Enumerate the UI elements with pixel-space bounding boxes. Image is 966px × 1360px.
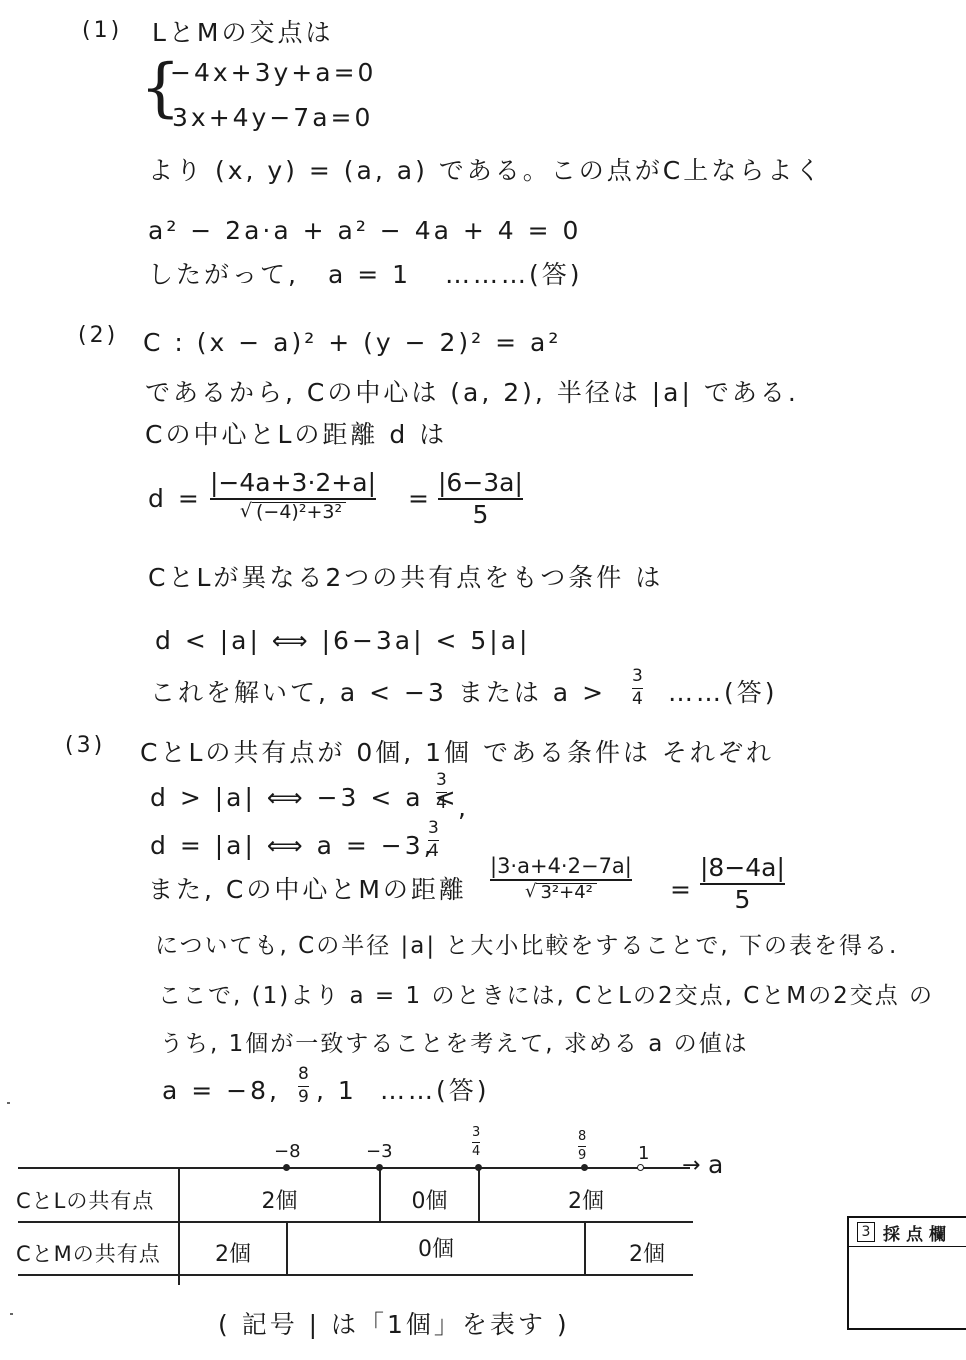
row1-cell-3: 2個	[480, 1184, 692, 1215]
part1-answer-eq: a = 1	[328, 262, 411, 287]
tick-label-1: 1	[638, 1143, 649, 1164]
sqrt-denominator: √(−4)²+3²	[240, 502, 346, 523]
question-number: 3	[857, 1222, 875, 1242]
tick-1	[637, 1164, 644, 1171]
part1-intro: LとMの交点は	[152, 20, 334, 45]
part2-line5: これを解いて, a < −3 または a >	[150, 680, 606, 705]
table-note: ( 記号 | は「1個」を表す )	[218, 1312, 570, 1337]
d-equals: =	[408, 486, 432, 511]
row1-cell-2: 0個	[381, 1184, 478, 1215]
part2-label: (2)	[78, 325, 118, 347]
tick-label-8-9: 89	[578, 1130, 586, 1162]
axis-label: a	[708, 1152, 726, 1177]
score-field[interactable]	[849, 1247, 966, 1327]
part3-line8-tail: , 1	[316, 1078, 357, 1103]
fraction-bar	[210, 498, 376, 500]
d-numerator: |−4a+3·2+a|	[210, 470, 376, 496]
part2-line3: CとLが異なる2つの共有点をもつ条件 は	[148, 565, 663, 590]
d-fraction: |−4a+3·2+a| √(−4)²+3²	[210, 470, 376, 523]
part3-line2: d > |a| ⟺ −3 < a <	[150, 785, 459, 810]
part2-line2: Cの中心とLの距離 d は	[145, 422, 447, 447]
part2-frac: 34	[632, 668, 643, 709]
part3-line5: についても, Cの半径 |a| と大小比較をすることで, 下の表を得る.	[155, 935, 898, 958]
part2-line1: であるから, Cの中心は (a, 2), 半径は |a| である.	[145, 380, 799, 405]
row2-cell-2: 0個	[288, 1232, 584, 1263]
row2-cell-1: 2個	[180, 1237, 286, 1268]
system-eq-2: 3x+4y−7a=0	[172, 105, 373, 130]
m-simplified: |8−4a| 5	[700, 855, 785, 914]
tick-minus8	[283, 1164, 290, 1171]
axis-line	[18, 1167, 690, 1169]
part3-line4: また, Cの中心とMの距離	[148, 877, 467, 902]
tick-label-minus8: −8	[274, 1141, 301, 1162]
part3-line7: うち, 1個が一致することを考えて, 求める a の値は	[160, 1033, 749, 1056]
d-lhs: d =	[148, 486, 202, 511]
axis-arrow: →	[682, 1155, 703, 1177]
part3-frac-1: 34	[436, 772, 447, 813]
table-bottom-line	[18, 1274, 693, 1276]
part3-line6: ここで, (1)より a = 1 のときには, CとLの2交点, CとMの2交点…	[158, 985, 934, 1008]
part1-answer-mark: ………(答)	[445, 262, 583, 287]
tick-8-9	[581, 1164, 588, 1171]
row-divider	[18, 1221, 693, 1223]
part2-line4: d < |a| ⟺ |6−3a| < 5|a|	[155, 628, 530, 653]
part3-answer-mark: ……(答)	[380, 1078, 490, 1103]
m-equals: =	[670, 877, 694, 902]
part3-line3: d = |a| ⟺ a = −3,	[150, 833, 435, 858]
m-distance-fraction: |3·a+4·2−7a| √3²+4²	[490, 855, 632, 903]
part1-line3-text: したがって,	[148, 262, 299, 287]
part3-line2-tail: ,	[458, 795, 469, 820]
scan-speck	[10, 1313, 13, 1315]
part3-line1: CとLの共有点が 0個, 1個 である条件は それぞれ	[140, 740, 774, 765]
part1-label: (1)	[82, 20, 122, 42]
score-box: 3 採点欄	[847, 1216, 966, 1330]
part3-frac-2: 34	[428, 820, 439, 861]
score-box-header: 3 採点欄	[849, 1218, 966, 1247]
row-label-c-l: CとLの共有点	[16, 1185, 154, 1215]
part1-line1: より (x, y) = (a, a) である。この点がC上ならよく	[148, 158, 823, 183]
tick-label-minus3: −3	[366, 1141, 393, 1162]
row2-cell-3: 2個	[586, 1237, 708, 1268]
score-box-title: 採点欄	[883, 1220, 952, 1245]
tick-label-3-4: 34	[472, 1126, 480, 1158]
scan-speck	[7, 1102, 10, 1104]
part3-answer-frac: 89	[298, 1066, 309, 1107]
system-eq-1: −4x+3y+a=0	[170, 60, 376, 85]
part1-line2: a² − 2a·a + a² − 4a + 4 = 0	[148, 218, 581, 243]
part3-label: (3)	[65, 735, 105, 757]
row1-cell-1: 2個	[180, 1184, 379, 1215]
d-simplified: |6−3a| 5	[438, 470, 523, 529]
part2-answer-mark: ……(答)	[668, 680, 778, 705]
circle-equation: C : (x − a)² + (y − 2)² = a²	[143, 330, 561, 355]
part3-line8: a = −8,	[162, 1078, 280, 1103]
row-label-c-m: CとMの共有点	[16, 1238, 161, 1268]
